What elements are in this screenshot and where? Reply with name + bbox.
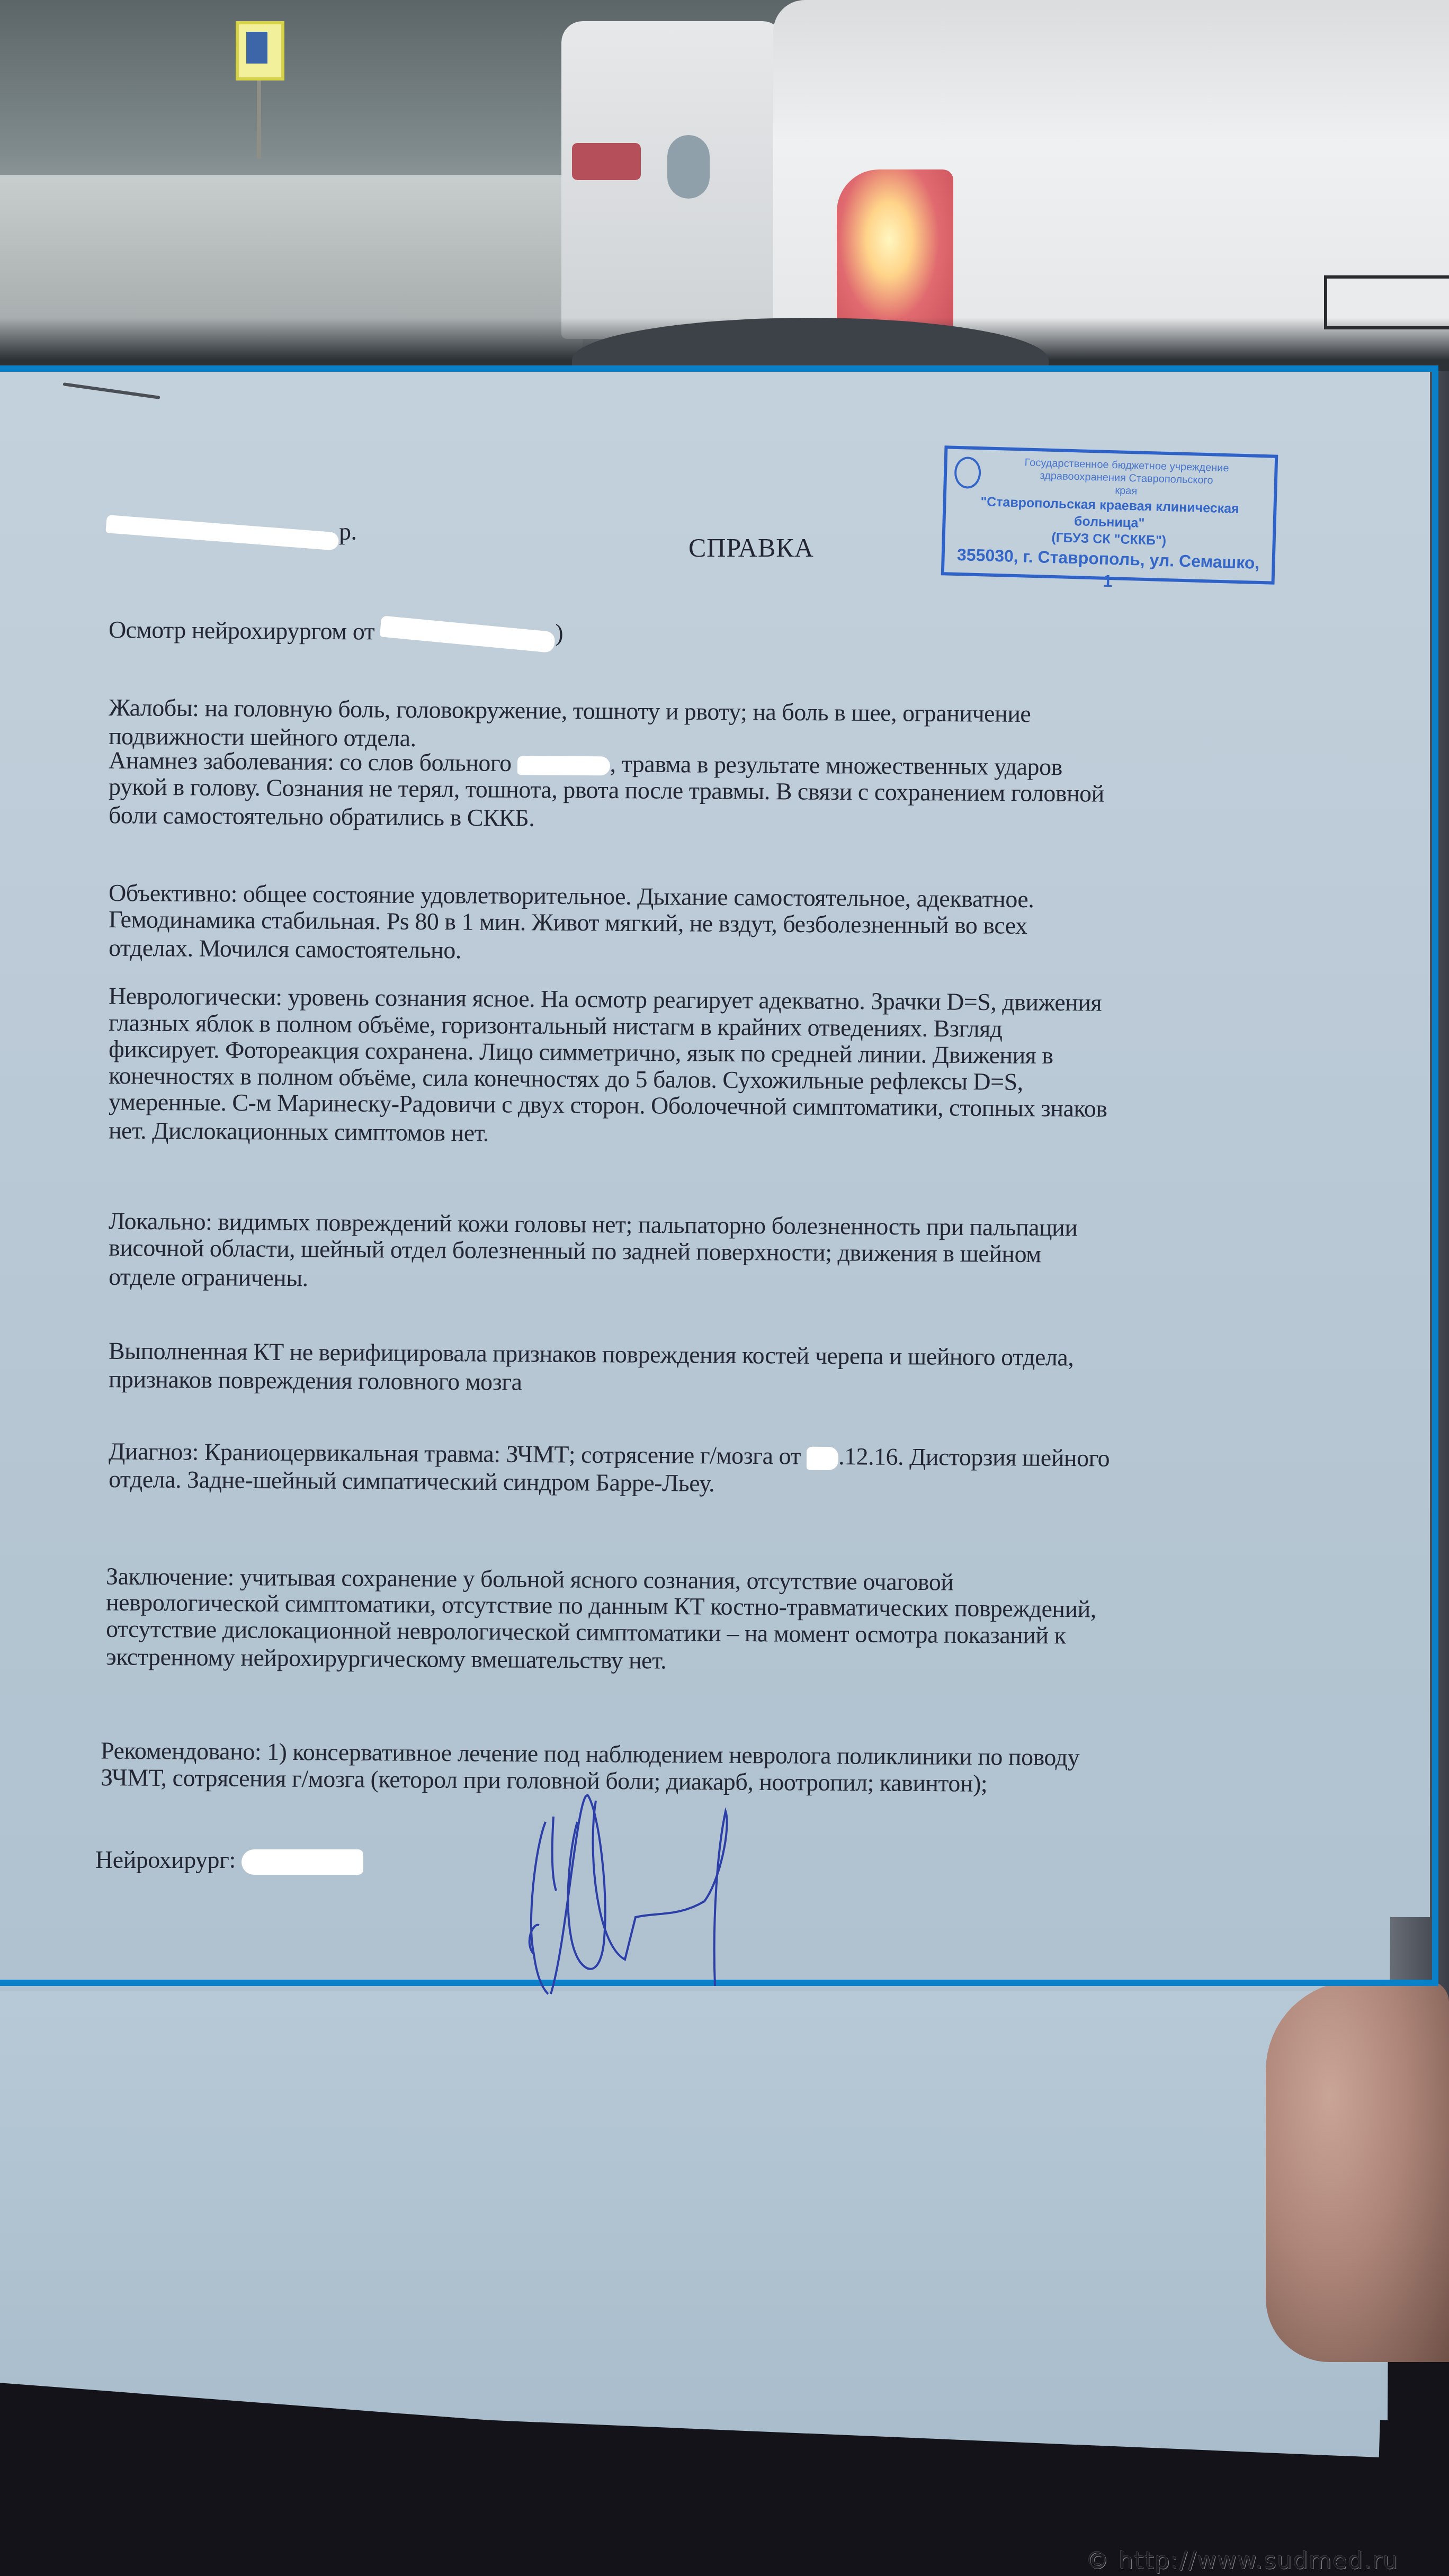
stamp-address: 355030, г. Ставрополь, ул. Семашко, 1	[950, 543, 1266, 597]
hospital-stamp: Государственное бюджетное учреждение здр…	[941, 445, 1278, 584]
exam-line-suffix: )	[555, 619, 563, 646]
exam-line-prefix: Осмотр нейрохирургом от	[109, 616, 375, 645]
watermark: © http://www.sudmed.ru	[1086, 2547, 1399, 2574]
ct-line-2: признаков повреждения головного мозга	[109, 1365, 522, 1396]
patient-line: р.	[106, 515, 357, 545]
medical-certificate: р. СПРАВКА Государственное бюджетное учр…	[0, 0, 1449, 2576]
conclusion-line-4: экстренному нейрохирургическому вмешател…	[106, 1642, 667, 1675]
diagnosis-line-2: отдела. Задне-шейный симпатический синдр…	[109, 1465, 714, 1498]
neuro-line-6: нет. Дислокационных симптомов нет.	[109, 1116, 489, 1147]
signoff-line: Нейрохирург:	[95, 1846, 363, 1875]
document-title: СПРАВКА	[688, 532, 814, 563]
anamnesis-suffix: , травма в результате множественных удар…	[610, 750, 1062, 780]
staple-mark	[62, 382, 160, 399]
signoff-label: Нейрохирург:	[95, 1846, 236, 1873]
local-line-3: отделе ограничены.	[109, 1263, 308, 1293]
diagnosis-prefix: Диагноз: Краниоцервикальная травма: ЗЧМТ…	[109, 1437, 801, 1469]
diagnosis-suffix: .12.16. Дисторзия шейного	[838, 1443, 1110, 1472]
redacted-diagnosis-date	[807, 1447, 838, 1470]
redacted-trauma-date	[517, 756, 610, 776]
patient-line-suffix: р.	[339, 517, 357, 544]
redacted-surgeon-name	[241, 1849, 363, 1875]
redacted-patient-name	[105, 515, 339, 551]
anamnesis-line-3: боли самостоятельно обратились в СККБ.	[109, 801, 535, 833]
exam-line: Осмотр нейрохирургом от )	[109, 615, 563, 647]
anamnesis-prefix: Анамнез заболевания: со слов больного	[109, 747, 512, 776]
redacted-exam-date	[380, 616, 556, 654]
handwritten-signature	[503, 1785, 747, 1997]
objective-line-3: отделах. Мочился самостоятельно.	[109, 934, 461, 965]
